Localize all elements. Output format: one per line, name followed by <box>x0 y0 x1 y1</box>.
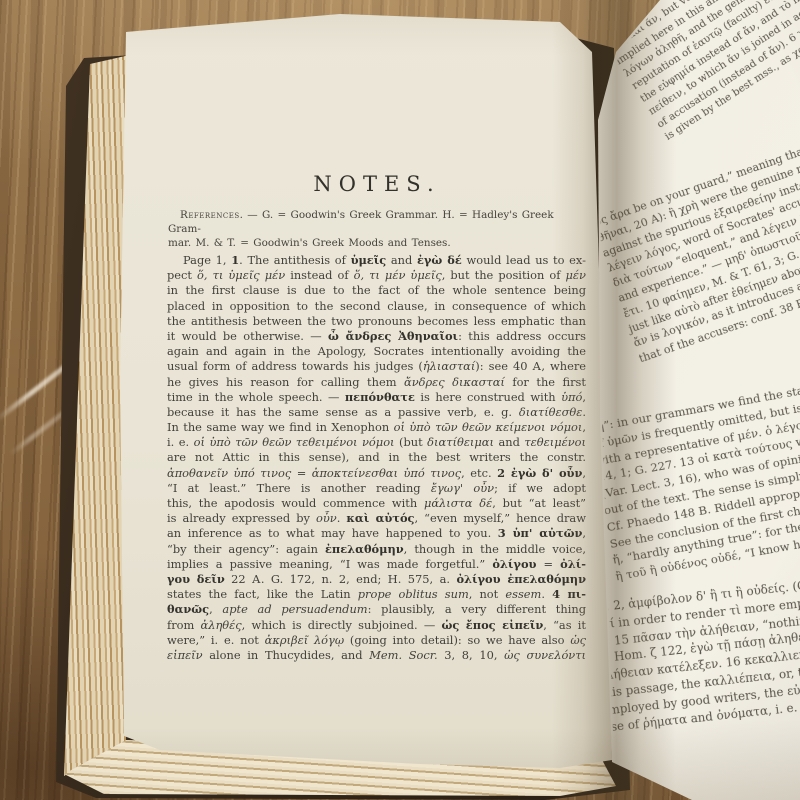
book-photo: NOTES. References. — G. = Goodwin's Gree… <box>0 0 800 800</box>
text-segment: instead of <box>285 268 353 282</box>
body-line: from ἀληθές, which is directly subjoined… <box>167 618 586 633</box>
text-segment: . <box>541 587 552 601</box>
notes-body: Page 1, 1. The antithesis of ὑμεῖς and ἐ… <box>167 253 586 663</box>
text-segment: is here construed with <box>415 390 561 404</box>
text-segment: μάλιστα δέ <box>424 496 492 510</box>
text-segment: again and again in the Apology, Socrates… <box>167 344 586 358</box>
body-line: is already expressed by οὖν. καὶ αὐτός, … <box>167 511 586 526</box>
body-line: again and again in the Apology, Socrates… <box>167 344 586 359</box>
text-segment: , which is directly subjoined. — <box>242 618 442 632</box>
text-segment: In the same way we find in Xenophon <box>167 420 394 434</box>
text-segment: usual form of address towards his judges… <box>167 359 423 373</box>
text-segment: , not <box>469 587 506 601</box>
text-segment: from <box>167 618 201 632</box>
body-line: εἰπεῖν alone in Thucydides, and Mem. Soc… <box>167 648 586 663</box>
text-segment: he gives his reason for calling them <box>167 375 404 389</box>
text-segment: References <box>180 209 240 221</box>
text-segment: this, the apodosis would commence with <box>167 496 424 510</box>
text-segment: ἄνδρες δικασταί <box>404 375 505 389</box>
text-segment: implies a passive meaning, “I was made f… <box>167 557 492 571</box>
text-segment: οἱ ὑπὸ τῶν θεῶν κείμενοι νόμοι <box>394 420 583 434</box>
text-segment: (but <box>395 435 428 449</box>
text-segment: ἔγωγ' οὖν <box>431 481 494 495</box>
body-line: ἀποθανεῖν ὑπό τινος = ἀποκτείνεσθαι ὑπό … <box>167 466 586 481</box>
text-segment: i. e. <box>167 435 194 449</box>
text-segment: διατίθεσθε <box>519 405 583 419</box>
text-segment: is already expressed by <box>167 511 316 525</box>
text-segment: ὑπό <box>561 390 582 404</box>
text-segment: were,” i. e. not <box>167 633 265 647</box>
body-line: are not Attic in this sense), and in the… <box>167 450 586 465</box>
text-segment: would lead us to ex- <box>462 253 586 267</box>
body-line: γου δεῖν 22 A. G. 172, n. 2, end; H. 575… <box>167 572 586 587</box>
text-segment: ): see 40 <box>475 359 532 373</box>
text-segment: ὑμεῖς <box>351 253 387 267</box>
text-segment: for the first <box>505 375 586 389</box>
text-segment: ἀκριβεῖ λόγῳ <box>265 633 344 647</box>
body-line: in the first clause is due to the fact o… <box>167 283 586 298</box>
body-line: θανῶς, apte ad persuadendum: plausibly, … <box>167 602 586 617</box>
references-note: References. — G. = Goodwin's Greek Gramm… <box>168 209 586 250</box>
body-line: an inference as to what may have happene… <box>167 526 586 541</box>
text-segment: “I at least.” There is another reading <box>167 481 431 495</box>
text-segment: , where <box>541 359 586 373</box>
body-line: “I at least.” There is another reading ἔ… <box>167 481 586 496</box>
text-segment: γου δεῖν <box>167 572 225 586</box>
body-line: it would be otherwise. — ὦ ἄνδρες Ἀθηναῖ… <box>167 329 586 344</box>
body-line: placed in opposition to the second claus… <box>167 299 586 314</box>
text-segment: 1 <box>231 253 239 267</box>
text-segment: ὀλίγου ἐπελαθόμην <box>456 572 586 586</box>
text-segment: καὶ αὐτός <box>346 511 414 525</box>
body-line: implies a passive meaning, “I was made f… <box>167 557 586 572</box>
text-segment: τεθειμένοι <box>524 435 586 449</box>
text-segment: 3, 8, 10, <box>438 648 505 662</box>
text-segment: , <box>582 390 586 404</box>
text-segment: ὅ, τι μέν ὑμεῖς <box>354 268 442 282</box>
body-line: i. e. οἱ ὑπὸ τῶν θεῶν τεθειμένοι νόμοι (… <box>167 435 586 450</box>
page-title: NOTES. <box>168 172 586 196</box>
body-line: pect ὅ, τι ὑμεῖς μέν instead of ὅ, τι μέ… <box>167 268 586 283</box>
body-line: Page 1, 1. The antithesis of ὑμεῖς and ἐ… <box>167 253 586 268</box>
body-line: “by their agency”: again ἐπελαθόμην, tho… <box>167 542 586 557</box>
text-segment: = <box>536 557 560 571</box>
text-segment: Mem. Socr. <box>369 648 437 662</box>
text-segment: apte ad persuadendum <box>222 602 367 616</box>
references-line: mar. M. & T. = Goodwin's Greek Moods and… <box>168 237 586 251</box>
text-segment: , <box>209 602 222 616</box>
text-segment: are not Attic in this sense), and in the… <box>167 450 586 464</box>
text-segment: ἐγὼ δέ <box>417 253 462 267</box>
text-segment: 4 πι- <box>552 587 586 601</box>
text-segment: πεπόνθατε <box>345 390 415 404</box>
body-line: this, the apodosis would commence with μ… <box>167 496 586 511</box>
text-segment: alone in Thucydides, and <box>203 648 370 662</box>
body-line: were,” i. e. not ἀκριβεῖ λόγῳ (going int… <box>167 633 586 648</box>
text-segment: an inference as to what may have happene… <box>167 526 498 540</box>
text-segment: and <box>494 435 524 449</box>
text-segment: , “even myself,” hence draw <box>414 511 586 525</box>
text-segment: 22 <box>225 572 252 586</box>
text-segment: placed in opposition to the second claus… <box>167 299 586 313</box>
text-segment: 3 ὑπ' αὐτῶν <box>498 526 583 540</box>
text-segment: ὡς ἔπος εἰπεῖν <box>441 618 543 632</box>
text-segment: and <box>386 253 417 267</box>
text-segment: states the fact, like the Latin <box>167 587 358 601</box>
text-segment: ὡς <box>570 633 586 647</box>
text-segment: ὀλίγου <box>492 557 536 571</box>
references-line: References. — G. = Goodwin's Greek Gramm… <box>168 209 586 237</box>
text-segment: ὅ, τι ὑμεῖς μέν <box>197 268 285 282</box>
text-segment: , <box>582 526 586 540</box>
text-segment: , though in the middle voice, <box>404 542 586 556</box>
text-segment: essem <box>505 587 541 601</box>
text-segment: prope oblitus sum <box>358 587 469 601</box>
text-segment: μέν <box>566 268 586 282</box>
text-segment: ; if we adopt <box>494 481 586 495</box>
text-segment: in the first clause is due to the fact o… <box>167 283 586 297</box>
text-segment: pect <box>167 268 197 282</box>
text-segment: ἡλιασταί <box>423 359 475 373</box>
text-segment: οἱ ὑπὸ τῶν θεῶν τεθειμένοι νόμοι <box>194 435 395 449</box>
text-segment: A <box>533 359 542 373</box>
text-segment: , but “at least” <box>492 496 586 510</box>
text-segment: , etc. <box>461 466 497 480</box>
text-segment: , “as it <box>543 618 586 632</box>
text-segment: . <box>582 405 586 419</box>
body-line: time in the whole speech. — πεπόνθατε is… <box>167 390 586 405</box>
text-segment: the antithesis between the two pronouns … <box>167 314 586 328</box>
text-segment: . The antithesis of <box>239 253 350 267</box>
text-segment: , <box>582 466 586 480</box>
text-segment: because it has the same sense as a passi… <box>167 405 519 419</box>
text-segment: ὡς συνελόντι <box>504 648 586 662</box>
text-segment: θανῶς <box>167 602 209 616</box>
text-segment: A <box>252 572 261 586</box>
body-line: the antithesis between the two pronouns … <box>167 314 586 329</box>
text-segment: , <box>582 420 586 434</box>
text-segment: “by their agency”: again <box>167 542 325 556</box>
text-segment: it would be otherwise. — <box>167 329 328 343</box>
text-segment: ὦ ἄνδρες Ἀθηναῖοι <box>328 329 458 343</box>
text-segment: : this address occurs <box>458 329 586 343</box>
text-segment: . G. 172, n. 2, end; H. 575, a. <box>261 572 457 586</box>
text-segment: εἰπεῖν <box>167 648 203 662</box>
body-line: he gives his reason for calling them ἄνδ… <box>167 375 586 390</box>
text-segment: , but the position of <box>442 268 566 282</box>
text-segment: . <box>337 511 347 525</box>
text-segment: Page 1, <box>183 253 231 267</box>
text-segment: ἐπελαθόμην <box>325 542 404 556</box>
body-line: states the fact, like the Latin prope ob… <box>167 587 586 602</box>
body-line: In the same way we find in Xenophon οἱ ὑ… <box>167 420 586 435</box>
text-segment: οὖν <box>316 511 337 525</box>
body-line: because it has the same sense as a passi… <box>167 405 586 420</box>
text-segment: ἀληθές <box>201 618 242 632</box>
text-segment: : plausibly, a very different thing <box>368 602 586 616</box>
text-segment: (going into detail): so we have also <box>344 633 570 647</box>
body-line: usual form of address towards his judges… <box>167 359 586 374</box>
text-segment: ὀλί- <box>560 557 586 571</box>
text-segment: time in the whole speech. — <box>167 390 345 404</box>
text-segment: 2 ἐγὼ δ' οὖν <box>497 466 582 480</box>
text-segment: διατίθειμαι <box>427 435 494 449</box>
text-segment: mar. M. & T. = Goodwin's Greek Moods and… <box>168 237 451 249</box>
text-segment: ἀποθανεῖν ὑπό τινος = ἀποκτείνεσθαι ὑπό … <box>167 466 461 480</box>
